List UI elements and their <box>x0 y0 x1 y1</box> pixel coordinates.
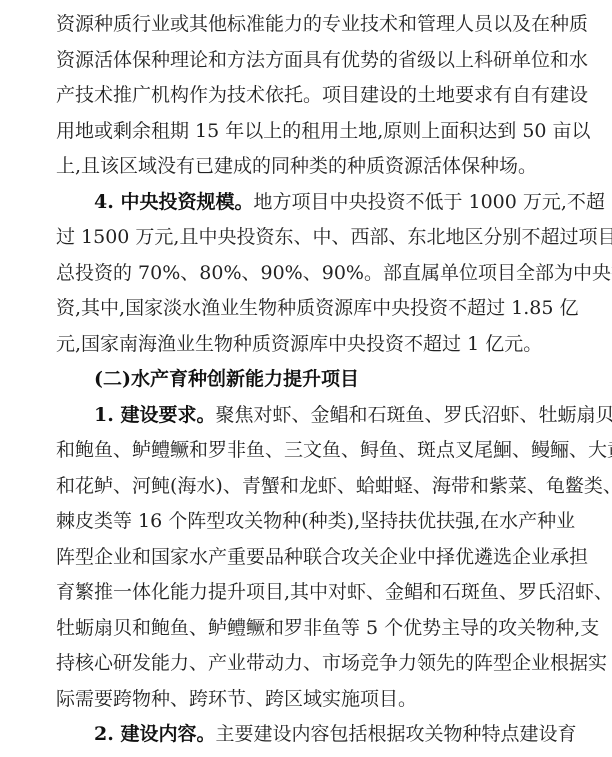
paragraph-line: 和花鲈、河鲀(海水)、青蟹和龙虾、蛤蚶蛏、海带和紫菜、龟鳖类、 <box>56 469 558 505</box>
paragraph-line: 棘皮类等 16 个阵型攻关物种(种类),坚持扶优扶强,在水产种业 <box>56 504 558 540</box>
paragraph-line: 育繁推一体化能力提升项目,其中对虾、金鲳和石斑鱼、罗氏沼虾、 <box>56 575 558 611</box>
line-text: 过 1500 万元,且中央投资东、中、西部、东北地区分别不超过项目 <box>56 226 612 248</box>
document-page: 资源种质行业或其他标准能力的专业技术和管理人员以及在种质 资源活体保种理论和方法… <box>56 7 558 753</box>
line-text: 主要建设内容包括根据攻关物种特点建设育 <box>215 723 576 745</box>
line-text: 总投资的 70%、80%、90%、90%。部直属单位项目全部为中央投 <box>56 262 612 284</box>
section-heading: (二)水产育种创新能力提升项目 <box>56 362 558 398</box>
line-text: 用地或剩余租期 15 年以上的租用土地,原则上面积达到 50 亩以 <box>56 120 591 142</box>
paragraph-line: 际需要跨物种、跨环节、跨区域实施项目。 <box>56 682 558 718</box>
paragraph-line: 过 1500 万元,且中央投资东、中、西部、东北地区分别不超过项目 <box>56 220 558 256</box>
paragraph-line: 用地或剩余租期 15 年以上的租用土地,原则上面积达到 50 亩以 <box>56 114 558 150</box>
line-text: 地方项目中央投资不低于 1000 万元,不超 <box>253 191 604 213</box>
line-text: 元,国家南海渔业生物种质资源库中央投资不超过 1 亿元。 <box>56 333 542 355</box>
paragraph-line: 1. 建设要求。聚焦对虾、金鲳和石斑鱼、罗氏沼虾、牡蛎扇贝 <box>56 398 558 434</box>
line-text: 棘皮类等 16 个阵型攻关物种(种类),坚持扶优扶强,在水产种业 <box>56 510 575 532</box>
line-text: 际需要跨物种、跨环节、跨区域实施项目。 <box>56 688 417 710</box>
item-title-central-investment: 4. 中央投资规模。 <box>94 191 253 213</box>
paragraph-line: 资,其中,国家淡水渔业生物种质资源库中央投资不超过 1.85 亿 <box>56 291 558 327</box>
paragraph-line: 持核心研发能力、产业带动力、市场竞争力领先的阵型企业根据实 <box>56 646 558 682</box>
line-text: 产技术推广机构作为技术依托。项目建设的土地要求有自有建设 <box>56 84 588 106</box>
line-text: 上,且该区域没有已建成的同种类的种质资源活体保种场。 <box>56 155 537 177</box>
paragraph-line: 上,且该区域没有已建成的同种类的种质资源活体保种场。 <box>56 149 558 185</box>
paragraph-line: 资源活体保种理论和方法方面具有优势的省级以上科研单位和水 <box>56 43 558 79</box>
line-text: 阵型企业和国家水产重要品种联合攻关企业中择优遴选企业承担 <box>56 546 588 568</box>
item-title-construction-requirements: 1. 建设要求。 <box>94 404 215 426</box>
line-text: 和花鲈、河鲀(海水)、青蟹和龙虾、蛤蚶蛏、海带和紫菜、龟鳖类、 <box>56 475 612 497</box>
paragraph-line: 和鲍鱼、鲈鳢鳜和罗非鱼、三文鱼、鲟鱼、斑点叉尾鮰、鳗鲡、大黄鱼 <box>56 433 558 469</box>
paragraph-line: 4. 中央投资规模。地方项目中央投资不低于 1000 万元,不超 <box>56 185 558 221</box>
paragraph-line: 2. 建设内容。主要建设内容包括根据攻关物种特点建设育 <box>56 717 558 753</box>
line-text: 聚焦对虾、金鲳和石斑鱼、罗氏沼虾、牡蛎扇贝 <box>215 404 612 426</box>
paragraph-line: 牡蛎扇贝和鲍鱼、鲈鳢鳜和罗非鱼等 5 个优势主导的攻关物种,支 <box>56 611 558 647</box>
item-title-construction-content: 2. 建设内容。 <box>94 723 215 745</box>
section-heading-text: (二)水产育种创新能力提升项目 <box>94 368 359 390</box>
line-text: 持核心研发能力、产业带动力、市场竞争力领先的阵型企业根据实 <box>56 652 607 674</box>
line-text: 育繁推一体化能力提升项目,其中对虾、金鲳和石斑鱼、罗氏沼虾、 <box>56 581 612 603</box>
line-text: 资,其中,国家淡水渔业生物种质资源库中央投资不超过 1.85 亿 <box>56 297 578 319</box>
line-text: 资源活体保种理论和方法方面具有优势的省级以上科研单位和水 <box>56 49 588 71</box>
paragraph-line: 阵型企业和国家水产重要品种联合攻关企业中择优遴选企业承担 <box>56 540 558 576</box>
line-text: 和鲍鱼、鲈鳢鳜和罗非鱼、三文鱼、鲟鱼、斑点叉尾鮰、鳗鲡、大黄鱼 <box>56 439 612 461</box>
paragraph-line: 资源种质行业或其他标准能力的专业技术和管理人员以及在种质 <box>56 7 558 43</box>
line-text: 牡蛎扇贝和鲍鱼、鲈鳢鳜和罗非鱼等 5 个优势主导的攻关物种,支 <box>56 617 599 639</box>
line-text: 资源种质行业或其他标准能力的专业技术和管理人员以及在种质 <box>56 13 588 35</box>
paragraph-line: 元,国家南海渔业生物种质资源库中央投资不超过 1 亿元。 <box>56 327 558 363</box>
paragraph-line: 产技术推广机构作为技术依托。项目建设的土地要求有自有建设 <box>56 78 558 114</box>
paragraph-line: 总投资的 70%、80%、90%、90%。部直属单位项目全部为中央投 <box>56 256 558 292</box>
